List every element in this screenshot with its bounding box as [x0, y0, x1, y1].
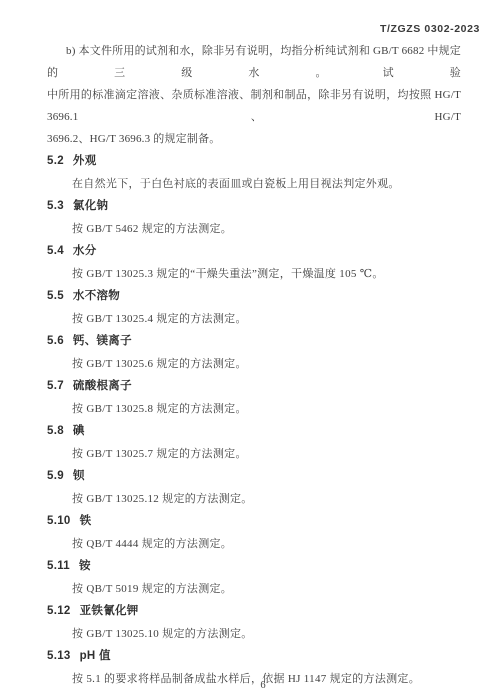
- section-body: 按 QB/T 4444 规定的方法测定。: [47, 533, 461, 556]
- section-title: 铵: [79, 560, 91, 572]
- section-number: 5.4: [47, 240, 64, 263]
- document-code: T/ZGZS 0302-2023: [380, 23, 480, 35]
- section-number: 5.2: [47, 150, 64, 173]
- section-heading: 5.8碘: [47, 420, 461, 443]
- section-number: 5.10: [47, 510, 71, 533]
- section-body: 按 GB/T 13025.12 规定的方法测定。: [47, 488, 461, 511]
- section-heading: 5.6钙、镁离子: [47, 330, 461, 353]
- section-number: 5.13: [47, 645, 71, 668]
- section-number: 5.7: [47, 375, 64, 398]
- section-number: 5.11: [47, 555, 70, 578]
- section-heading: 5.11铵: [47, 555, 461, 578]
- section-5-12: 5.12亚铁氰化钾 按 GB/T 13025.10 规定的方法测定。: [47, 600, 461, 645]
- section-body: 按 GB/T 13025.7 规定的方法测定。: [47, 443, 461, 466]
- intro-paragraph: b) 本文件所用的试剂和水，除非另有说明，均指分析纯试剂和 GB/T 6682 …: [47, 40, 461, 150]
- section-number: 5.6: [47, 330, 64, 353]
- section-heading: 5.2外观: [47, 150, 461, 173]
- section-title: 水不溶物: [73, 290, 120, 302]
- section-body: 按 GB/T 13025.6 规定的方法测定。: [47, 353, 461, 376]
- section-heading: 5.4水分: [47, 240, 461, 263]
- section-heading: 5.9钡: [47, 465, 461, 488]
- section-5-9: 5.9钡 按 GB/T 13025.12 规定的方法测定。: [47, 465, 461, 510]
- section-body: 按 GB/T 13025.4 规定的方法测定。: [47, 308, 461, 331]
- section-title: 碘: [73, 425, 85, 437]
- section-number: 5.12: [47, 600, 71, 623]
- document-page: T/ZGZS 0302-2023 b) 本文件所用的试剂和水，除非另有说明，均指…: [0, 0, 498, 696]
- section-5-7: 5.7硫酸根离子 按 GB/T 13025.8 规定的方法测定。: [47, 375, 461, 420]
- section-5-10: 5.10铁 按 QB/T 4444 规定的方法测定。: [47, 510, 461, 555]
- intro-line-2: 中所用的标准滴定溶液、杂质标准溶液、制剂和制品，除非另有说明，均按照 HG/T …: [47, 84, 461, 128]
- section-heading: 5.12亚铁氰化钾: [47, 600, 461, 623]
- section-number: 5.3: [47, 195, 64, 218]
- section-title: 硫酸根离子: [73, 380, 132, 392]
- section-5-8: 5.8碘 按 GB/T 13025.7 规定的方法测定。: [47, 420, 461, 465]
- section-5-5: 5.5水不溶物 按 GB/T 13025.4 规定的方法测定。: [47, 285, 461, 330]
- document-content: b) 本文件所用的试剂和水，除非另有说明，均指分析纯试剂和 GB/T 6682 …: [47, 40, 461, 690]
- section-heading: 5.10铁: [47, 510, 461, 533]
- section-body: 按 GB/T 13025.8 规定的方法测定。: [47, 398, 461, 421]
- section-number: 5.5: [47, 285, 64, 308]
- section-title: 铁: [80, 515, 92, 527]
- section-body: 按 GB/T 5462 规定的方法测定。: [47, 218, 461, 241]
- section-5-6: 5.6钙、镁离子 按 GB/T 13025.6 规定的方法测定。: [47, 330, 461, 375]
- section-heading: 5.3氯化钠: [47, 195, 461, 218]
- section-title: 氯化钠: [73, 200, 108, 212]
- section-heading: 5.7硫酸根离子: [47, 375, 461, 398]
- section-body: 按 GB/T 13025.3 规定的“干燥失重法”测定，干燥温度 105 ℃。: [47, 263, 461, 286]
- section-heading: 5.5水不溶物: [47, 285, 461, 308]
- section-title: 钙、镁离子: [73, 335, 132, 347]
- page-number: 6: [14, 680, 498, 691]
- section-5-2: 5.2外观 在自然光下，于白色衬底的表面皿或白瓷板上用目视法判定外观。: [47, 150, 461, 195]
- section-title: 水分: [73, 245, 97, 257]
- section-body: 在自然光下，于白色衬底的表面皿或白瓷板上用目视法判定外观。: [47, 173, 461, 196]
- section-title: 钡: [73, 470, 85, 482]
- section-title: 外观: [73, 155, 97, 167]
- section-body: 按 GB/T 13025.10 规定的方法测定。: [47, 623, 461, 646]
- section-5-11: 5.11铵 按 QB/T 5019 规定的方法测定。: [47, 555, 461, 600]
- section-title: pH 值: [80, 650, 111, 662]
- section-title: 亚铁氰化钾: [80, 605, 139, 617]
- section-number: 5.8: [47, 420, 64, 443]
- intro-line-1: b) 本文件所用的试剂和水，除非另有说明，均指分析纯试剂和 GB/T 6682 …: [47, 40, 461, 84]
- section-heading: 5.13pH 值: [47, 645, 461, 668]
- section-number: 5.9: [47, 465, 64, 488]
- section-5-3: 5.3氯化钠 按 GB/T 5462 规定的方法测定。: [47, 195, 461, 240]
- section-5-4: 5.4水分 按 GB/T 13025.3 规定的“干燥失重法”测定，干燥温度 1…: [47, 240, 461, 285]
- section-body: 按 QB/T 5019 规定的方法测定。: [47, 578, 461, 601]
- intro-line-3: 3696.2、HG/T 3696.3 的规定制备。: [47, 128, 461, 150]
